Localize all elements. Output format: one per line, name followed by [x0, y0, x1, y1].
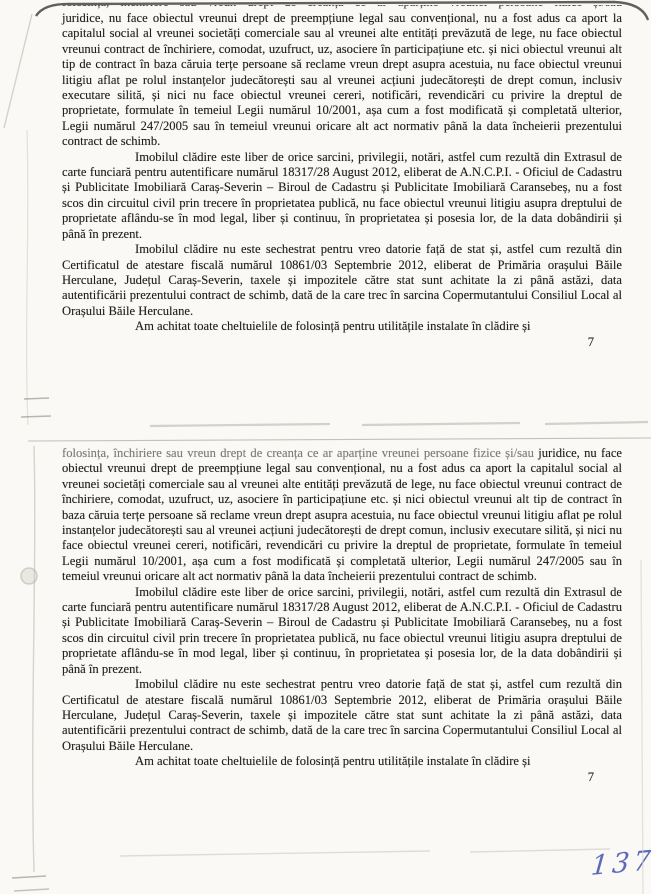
paragraph-utilities: Am achitat toate cheltuielile de folosin… — [62, 754, 622, 769]
paragraph-restrictions: juridice, nu face obiectul vreunui drept… — [62, 11, 622, 150]
partial-clipped-line: folosința, închiriere sau vreun drept de… — [62, 5, 622, 11]
paragraph-fiscal-certificate: Imobilul clădire nu este sechestrat pent… — [62, 677, 622, 754]
body-text-top: folosința, închiriere sau vreun drept de… — [62, 5, 622, 350]
page-number: 7 — [62, 770, 622, 785]
paragraph-land-registry: Imobilul clădire este liber de orice sar… — [62, 585, 622, 677]
paragraph-utilities: Am achitat toate cheltuielile de folosin… — [62, 319, 622, 334]
page-boundary-line — [28, 438, 651, 441]
page-fragment-bottom: folosința, închiriere sau vreun drept de… — [0, 443, 651, 894]
scanned-document-sheet: folosința, închiriere sau vreun drept de… — [0, 0, 651, 894]
page-number: 7 — [62, 335, 622, 350]
paragraph-fiscal-certificate: Imobilul clădire nu este sechestrat pent… — [62, 242, 622, 319]
faded-first-line: folosința, închiriere sau vreun drept de… — [62, 446, 534, 460]
body-text-bottom: folosința, închiriere sau vreun drept de… — [62, 446, 622, 785]
paragraph-land-registry: Imobilul clădire este liber de orice sar… — [62, 150, 622, 242]
handwritten-folio-number: 137 — [590, 845, 651, 882]
paragraph-restrictions: folosința, închiriere sau vreun drept de… — [62, 446, 622, 585]
page-fragment-top: folosința, închiriere sau vreun drept de… — [0, 0, 651, 437]
